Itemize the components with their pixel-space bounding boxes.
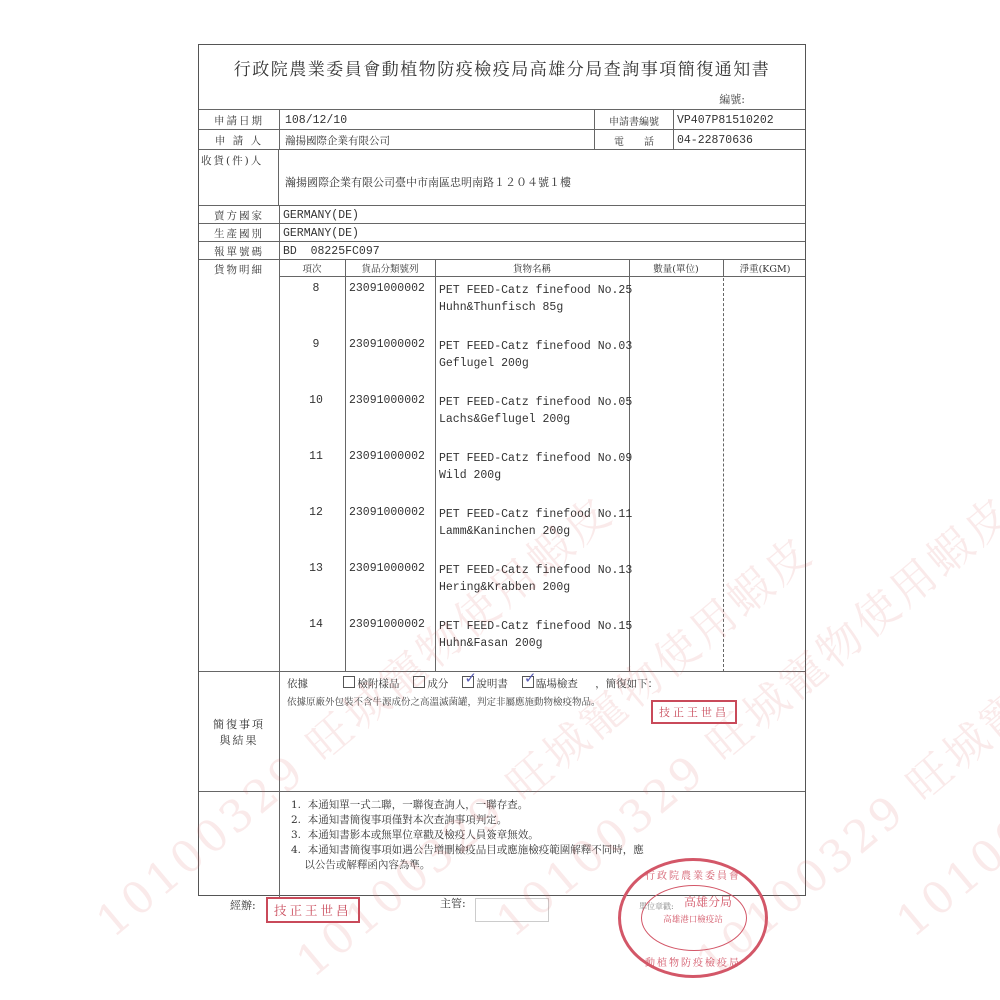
goods-row: 1323091000002PET FEED-Catz finefood No.1… (199, 556, 805, 612)
apply-no-label: 申請書編號 (597, 110, 671, 130)
notice-document: 行政院農業委員會動植物防疫檢疫局高雄分局查詢事項簡復通知書 編號: 申請日期 1… (198, 44, 806, 896)
goods-header-no: 項次 (279, 260, 345, 276)
applicant-value: 瀚揚國際企業有限公司 (285, 130, 390, 150)
goods-row-no: 9 (285, 338, 347, 351)
notes-list: 1. 本通知單一式二聯，一聯復查詢人，一聯存查。2. 本通知書簡復事項僅對本次查… (291, 798, 644, 873)
phone-value: 04-22870636 (677, 130, 753, 150)
goods-row-name: PET FEED-Catz finefood No.25 Huhn&Thunfi… (439, 282, 632, 316)
seller-country-value: GERMANY(DE) (283, 206, 359, 224)
row-origin: 生產國別 GERMANY(DE) (199, 223, 805, 242)
goods-row-code: 23091000002 (349, 394, 425, 407)
document-title: 行政院農業委員會動植物防疫檢疫局高雄分局查詢事項簡復通知書 (199, 55, 805, 80)
goods-row-no: 11 (285, 450, 347, 463)
goods-row-no: 13 (285, 562, 347, 575)
apply-date-label: 申請日期 (199, 110, 280, 130)
goods-row: 1423091000002PET FEED-Catz finefood No.1… (199, 612, 805, 668)
seal-sub-text: 高雄港口檢疫站 (621, 913, 765, 925)
official-seal: 行政院農業委員會 單位章戳: 高雄分局 高雄港口檢疫站 動植物防疫檢疫局 (618, 858, 768, 978)
seal-middle-text: 高雄分局 (651, 893, 765, 910)
goods-row-name: PET FEED-Catz finefood No.03 Geflugel 20… (439, 338, 632, 372)
seal-top-text: 行政院農業委員會 (621, 867, 765, 882)
origin-value: GERMANY(DE) (283, 224, 359, 242)
declaration-value: BD 08225FC097 (283, 242, 380, 260)
handler-label: 經辦: (230, 897, 256, 913)
note-item: 以公告或解釋函內容為準。 (291, 858, 644, 873)
basis-option: 成分 (413, 678, 448, 690)
reply-label-line1: 簡復事項 (213, 716, 265, 732)
row-apply-date: 申請日期 108/12/10 申請書編號 VP407P81510202 (199, 109, 805, 130)
apply-date-value: 108/12/10 (285, 110, 347, 130)
goods-row: 823091000002PET FEED-Catz finefood No.25… (199, 276, 805, 332)
supervisor-label: 主管: (440, 895, 466, 911)
reply-label: 簡復事項 與結果 (199, 672, 280, 792)
basis-option: 說明書 (462, 678, 508, 690)
checkbox-icon (343, 676, 355, 688)
reply-label-line2: 與結果 (220, 732, 259, 748)
basis-option: 臨場檢查 (522, 678, 578, 690)
note-item: 3. 本通知書影本或無單位章戳及檢疫人員簽章無效。 (291, 828, 644, 843)
serial-number: 編號: (719, 91, 745, 107)
checkbox-icon (462, 676, 474, 688)
row-consignee: 收貨(件)人 瀚揚國際企業有限公司臺中市南區忠明南路１２０４號１樓 (199, 149, 805, 206)
goods-row-name: PET FEED-Catz finefood No.15 Huhn&Fasan … (439, 618, 632, 652)
supervisor-stamp (475, 898, 549, 922)
goods-row-name: PET FEED-Catz finefood No.05 Lachs&Geflu… (439, 394, 632, 428)
goods-row-code: 23091000002 (349, 618, 425, 631)
reply-officer-stamp: 技正王世昌 (651, 700, 737, 724)
consignee-label: 收貨(件)人 (199, 150, 279, 206)
checkbox-icon (413, 676, 425, 688)
row-applicant: 申 請 人 瀚揚國際企業有限公司 電 話 04-22870636 (199, 129, 805, 150)
goods-row-no: 8 (285, 282, 347, 295)
goods-row-code: 23091000002 (349, 562, 425, 575)
goods-header-code: 貨品分類號列 (345, 260, 435, 276)
seal-bottom-text: 動植物防疫檢疫局 (621, 954, 765, 969)
handler-stamp: 技正王世昌 (266, 897, 360, 923)
note-item: 4. 本通知書簡復事項如遇公告增刪檢疫品目或應施檢疫範圍解釋不同時，應 (291, 843, 644, 858)
basis-suffix: ，簡復如下： (595, 678, 658, 690)
row-seller-country: 賣方國家 GERMANY(DE) (199, 205, 805, 224)
goods-row-code: 23091000002 (349, 338, 425, 351)
goods-row: 923091000002PET FEED-Catz finefood No.03… (199, 332, 805, 388)
goods-row-name: PET FEED-Catz finefood No.13 Hering&Krab… (439, 562, 632, 596)
basis-label: 依據 (287, 678, 308, 690)
seller-country-label: 賣方國家 (199, 206, 280, 224)
goods-row-code: 23091000002 (349, 450, 425, 463)
goods-header-weight: 淨重(KGM) (723, 260, 807, 276)
goods-row-name: PET FEED-Catz finefood No.09 Wild 200g (439, 450, 632, 484)
goods-table: 貨物明細 項次 貨品分類號列 貨物名稱 數量(單位) 淨重(KGM) 82309… (199, 259, 805, 672)
goods-row: 1223091000002PET FEED-Catz finefood No.1… (199, 500, 805, 556)
reply-basis: 依據 檢附樣品成分說明書臨場檢查 ，簡復如下： (287, 676, 658, 691)
note-item: 1. 本通知單一式二聯，一聯復查詢人，一聯存查。 (291, 798, 644, 813)
goods-header-name: 貨物名稱 (435, 260, 629, 276)
reply-result-text: 依據原廠外包裝不含牛源成份之高溫滅菌罐，判定非屬應施動物檢疫物品。 (287, 694, 601, 708)
goods-row-no: 14 (285, 618, 347, 631)
goods-row-code: 23091000002 (349, 506, 425, 519)
apply-no-value: VP407P81510202 (677, 110, 774, 130)
reply-section: 簡復事項 與結果 依據 檢附樣品成分說明書臨場檢查 ，簡復如下： 依據原廠外包裝… (199, 671, 805, 792)
consignee-value: 瀚揚國際企業有限公司臺中市南區忠明南路１２０４號１樓 (285, 158, 571, 206)
basis-option: 檢附樣品 (343, 678, 399, 690)
goods-header-qty: 數量(單位) (629, 260, 723, 276)
checkbox-icon (522, 676, 534, 688)
goods-row-no: 12 (285, 506, 347, 519)
row-declaration: 報單號碼 BD 08225FC097 (199, 241, 805, 260)
note-item: 2. 本通知書簡復事項僅對本次查詢事項判定。 (291, 813, 644, 828)
goods-row-code: 23091000002 (349, 282, 425, 295)
phone-label: 電 話 (597, 130, 671, 150)
applicant-label: 申 請 人 (199, 130, 280, 150)
origin-label: 生產國別 (199, 224, 280, 242)
goods-row: 1123091000002PET FEED-Catz finefood No.0… (199, 444, 805, 500)
goods-row-name: PET FEED-Catz finefood No.11 Lamm&Kaninc… (439, 506, 632, 540)
goods-row-no: 10 (285, 394, 347, 407)
declaration-label: 報單號碼 (199, 242, 280, 260)
serial-label: 編號: (719, 93, 745, 106)
goods-row: 1023091000002PET FEED-Catz finefood No.0… (199, 388, 805, 444)
